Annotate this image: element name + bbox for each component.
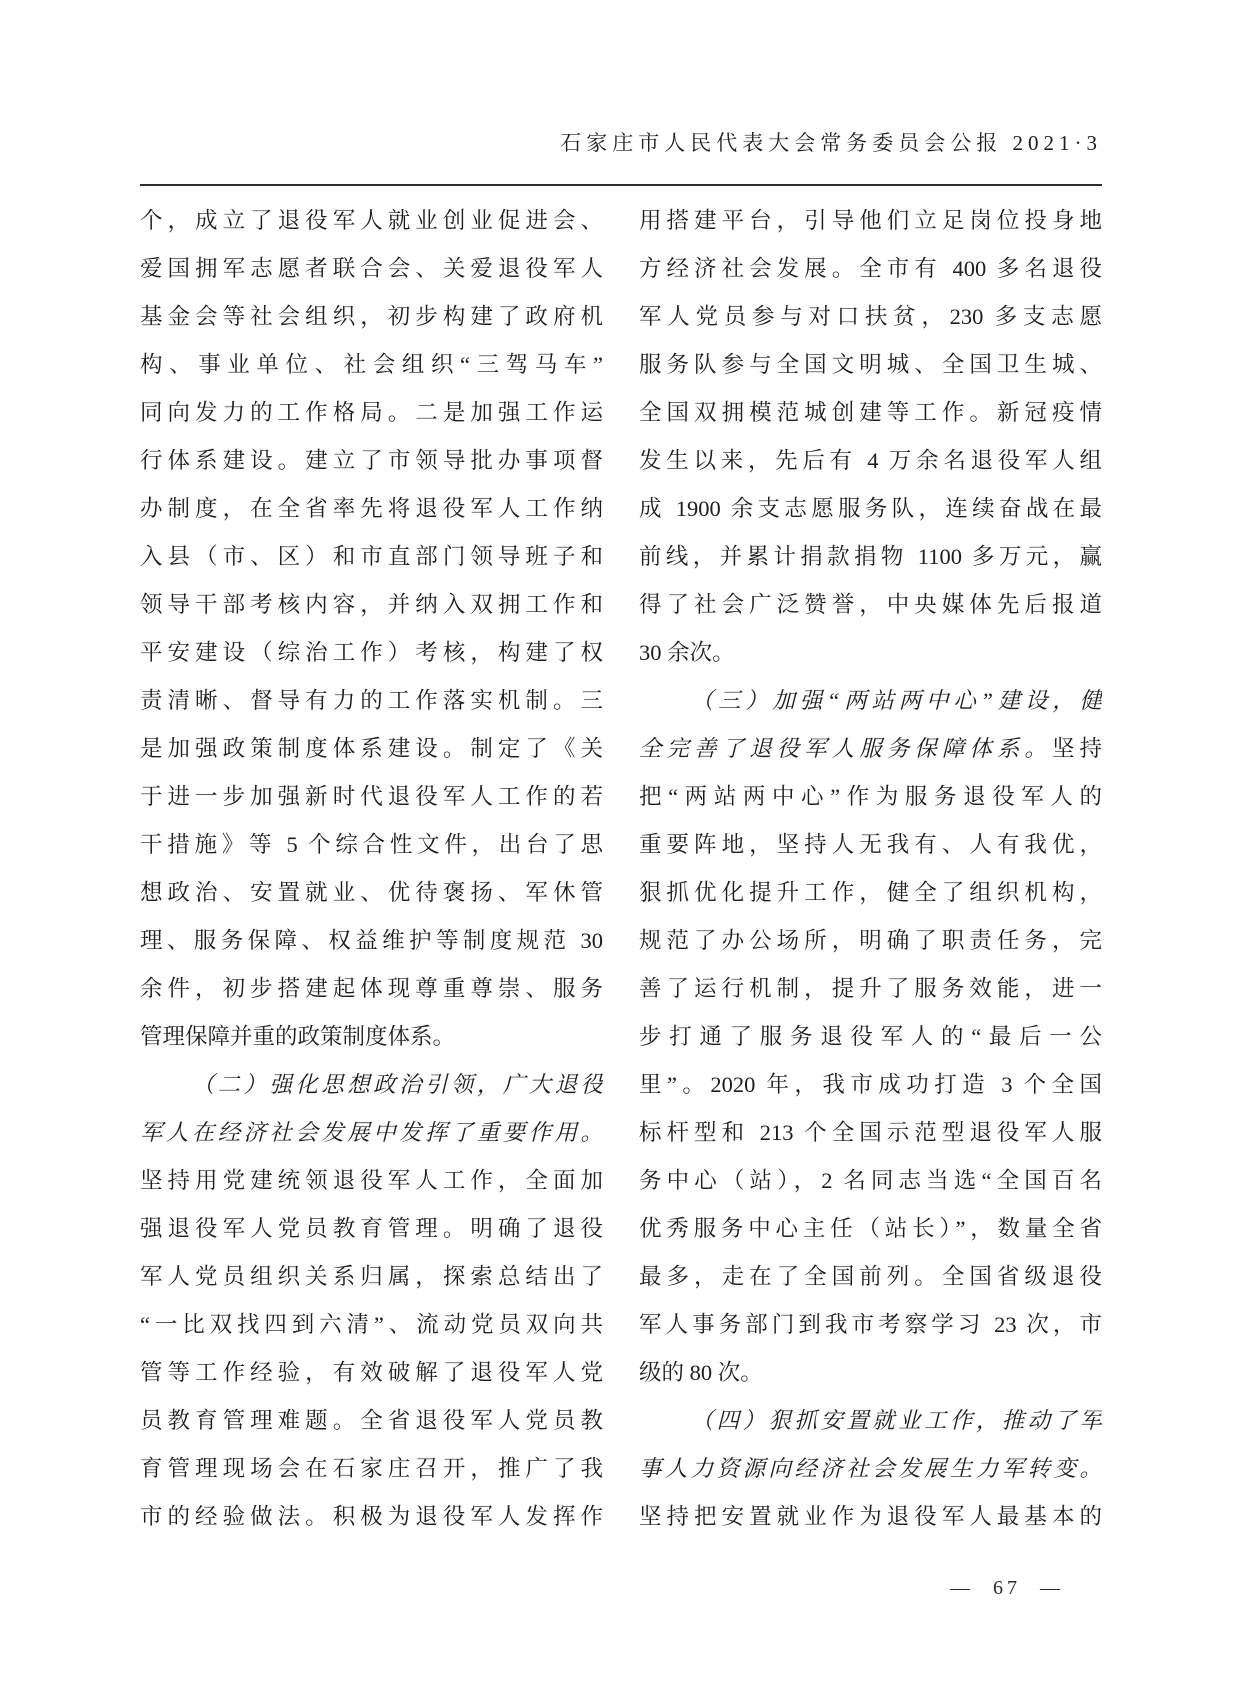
text-line: 重要阵地，坚持人无我有、人有我优， xyxy=(639,821,1102,869)
text-line: 于进一步加强新时代退役军人工作的若 xyxy=(140,773,603,821)
text-line: 军人党员参与对口扶贫，230 多支志愿 xyxy=(639,293,1102,341)
text-line: （二）强化思想政治引领，广大退役 xyxy=(140,1061,603,1109)
text-line: 构、事业单位、社会组织“三驾马车” xyxy=(140,341,603,389)
text-line: 员教育管理难题。全省退役军人党员教 xyxy=(140,1397,603,1445)
text-line: “一比双找四到六清”、流动党员双向共 xyxy=(140,1301,603,1349)
text-line: 全国双拥模范城创建等工作。新冠疫情 xyxy=(639,389,1102,437)
text-line: 入县（市、区）和市直部门领导班子和 xyxy=(140,533,603,581)
text-line: 责清晰、督导有力的工作落实机制。三 xyxy=(140,677,603,725)
text-line: 把“两站两中心”作为服务退役军人的 xyxy=(639,773,1102,821)
text-line: 前线，并累计捐款捐物 1100 多万元，赢 xyxy=(639,533,1102,581)
text-line: 军人事务部门到我市考察学习 23 次，市 xyxy=(639,1301,1102,1349)
page-header: 石家庄市人民代表大会常务委员会公报 2021·3 xyxy=(140,127,1102,186)
text-line: 市的经验做法。积极为退役军人发挥作 xyxy=(140,1493,603,1541)
text-line: 里”。2020 年，我市成功打造 3 个全国 xyxy=(639,1061,1102,1109)
text-line: 是加强政策制度体系建设。制定了《关 xyxy=(140,725,603,773)
text-line: 爱国拥军志愿者联合会、关爱退役军人 xyxy=(140,245,603,293)
page-number: — 67 — xyxy=(950,1577,1064,1600)
text-line: 最多，走在了全国前列。全国省级退役 xyxy=(639,1253,1102,1301)
text-line: 育管理现场会在石家庄召开，推广了我 xyxy=(140,1445,603,1493)
text-line: 务中心（站），2 名同志当选“全国百名 xyxy=(639,1157,1102,1205)
text-line: 领导干部考核内容，并纳入双拥工作和 xyxy=(140,581,603,629)
right-column: 用搭建平台，引导他们立足岗位投身地方经济社会发展。全市有 400 多名退役军人党… xyxy=(639,197,1102,1541)
text-line: 军人在经济社会发展中发挥了重要作用。 xyxy=(140,1109,603,1157)
document-page: 石家庄市人民代表大会常务委员会公报 2021·3 个，成立了退役军人就业创业促进… xyxy=(0,0,1240,1694)
text-line: 级的 80 次。 xyxy=(639,1349,1102,1397)
text-line: 成 1900 余支志愿服务队，连续奋战在最 xyxy=(639,485,1102,533)
text-line: 基金会等社会组织，初步构建了政府机 xyxy=(140,293,603,341)
left-column: 个，成立了退役军人就业创业促进会、爱国拥军志愿者联合会、关爱退役军人基金会等社会… xyxy=(140,197,603,1541)
text-line: 平安建设（综治工作）考核，构建了权 xyxy=(140,629,603,677)
text-line: 坚持把安置就业作为退役军人最基本的 xyxy=(639,1493,1102,1541)
text-line: 想政治、安置就业、优待褒扬、军休管 xyxy=(140,869,603,917)
text-line: 优秀服务中心主任（站长）”，数量全省 xyxy=(639,1205,1102,1253)
text-line: 事人力资源向经济社会发展生力军转变。 xyxy=(639,1445,1102,1493)
text-line: 军人党员组织关系归属，探索总结出了 xyxy=(140,1253,603,1301)
text-line: 标杆型和 213 个全国示范型退役军人服 xyxy=(639,1109,1102,1157)
text-line: （四）狠抓安置就业工作，推动了军 xyxy=(639,1397,1102,1445)
text-line: 管等工作经验，有效破解了退役军人党 xyxy=(140,1349,603,1397)
text-line: 用搭建平台，引导他们立足岗位投身地 xyxy=(639,197,1102,245)
text-line: 行体系建设。建立了市领导批办事项督 xyxy=(140,437,603,485)
text-line: 全完善了退役军人服务保障体系。坚持 xyxy=(639,725,1102,773)
body-text: 个，成立了退役军人就业创业促进会、爱国拥军志愿者联合会、关爱退役军人基金会等社会… xyxy=(140,197,1102,1541)
text-line: 30 余次。 xyxy=(639,629,1102,677)
text-line: 管理保障并重的政策制度体系。 xyxy=(140,1013,603,1061)
text-line: 办制度，在全省率先将退役军人工作纳 xyxy=(140,485,603,533)
text-line: 得了社会广泛赞誉，中央媒体先后报道 xyxy=(639,581,1102,629)
text-line: 发生以来，先后有 4 万余名退役军人组 xyxy=(639,437,1102,485)
text-line: 坚持用党建统领退役军人工作，全面加 xyxy=(140,1157,603,1205)
text-line: 干措施》等 5 个综合性文件，出台了思 xyxy=(140,821,603,869)
text-line: 个，成立了退役军人就业创业促进会、 xyxy=(140,197,603,245)
text-line: （三）加强“两站两中心”建设，健 xyxy=(639,677,1102,725)
text-line: 同向发力的工作格局。二是加强工作运 xyxy=(140,389,603,437)
text-line: 方经济社会发展。全市有 400 多名退役 xyxy=(639,245,1102,293)
text-line: 步打通了服务退役军人的“最后一公 xyxy=(639,1013,1102,1061)
text-line: 余件，初步搭建起体现尊重尊崇、服务 xyxy=(140,965,603,1013)
text-line: 善了运行机制，提升了服务效能，进一 xyxy=(639,965,1102,1013)
header-title: 石家庄市人民代表大会常务委员会公报 2021·3 xyxy=(560,131,1102,155)
text-line: 规范了办公场所，明确了职责任务，完 xyxy=(639,917,1102,965)
text-line: 服务队参与全国文明城、全国卫生城、 xyxy=(639,341,1102,389)
text-line: 强退役军人党员教育管理。明确了退役 xyxy=(140,1205,603,1253)
text-line: 狠抓优化提升工作，健全了组织机构， xyxy=(639,869,1102,917)
text-line: 理、服务保障、权益维护等制度规范 30 xyxy=(140,917,603,965)
